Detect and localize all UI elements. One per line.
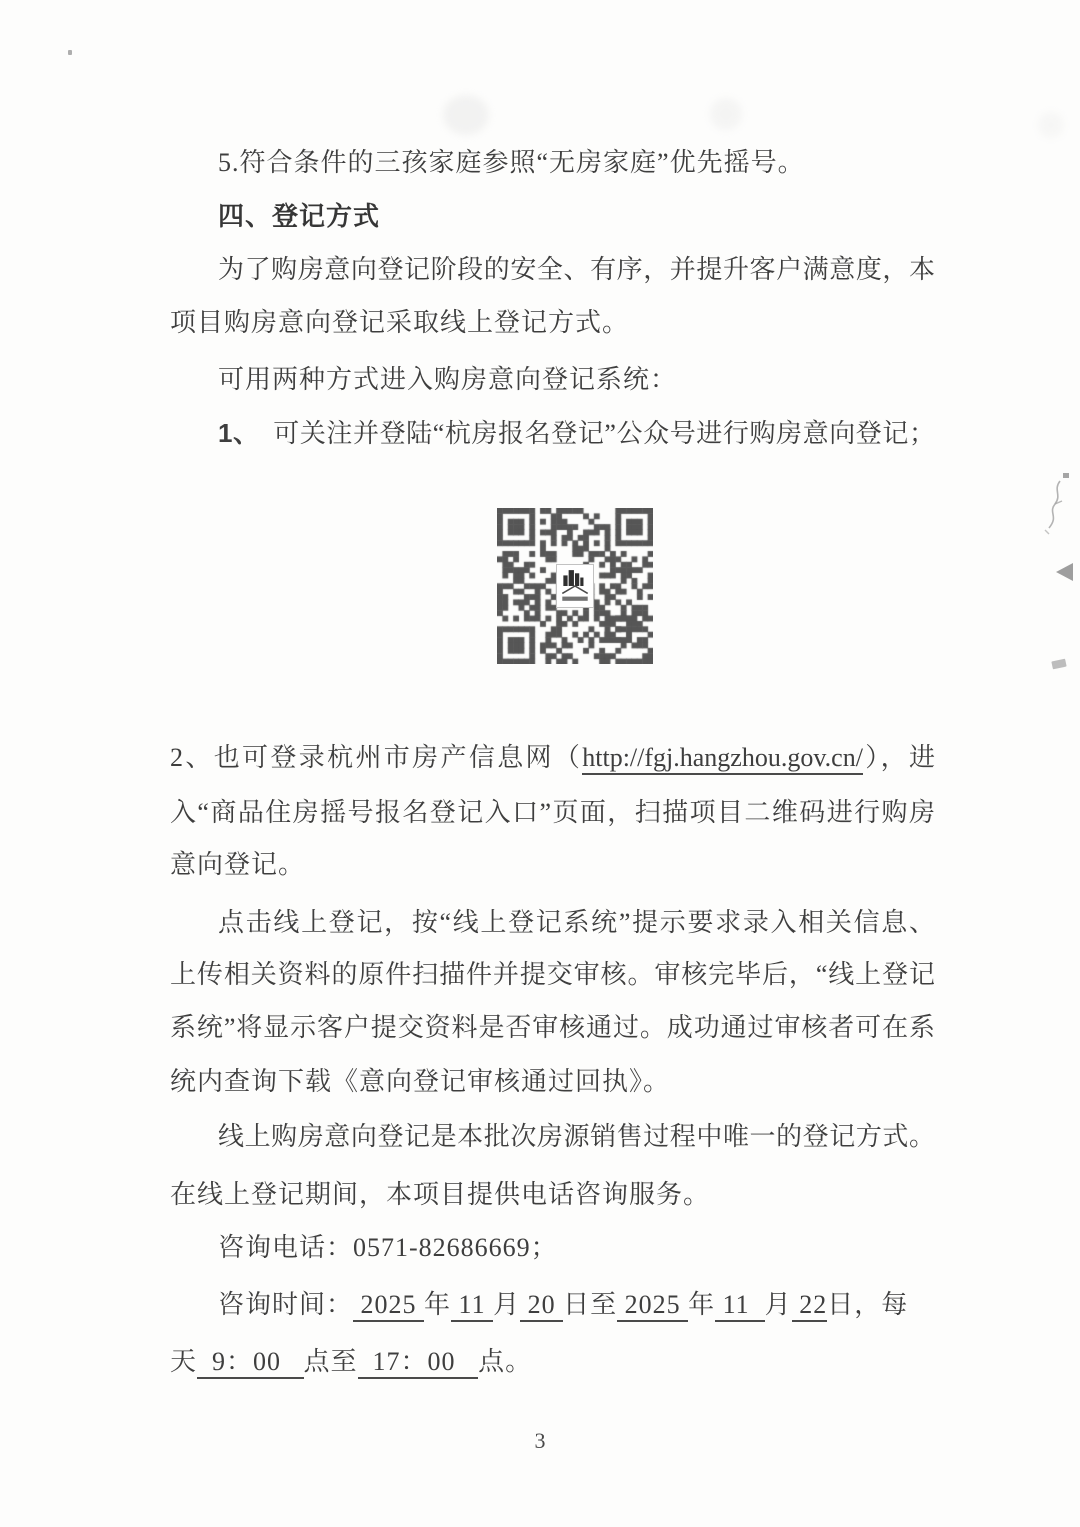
method-2-line-3: 意向登记。 bbox=[170, 845, 935, 889]
text-segment: ），进 bbox=[863, 743, 935, 772]
para-process-line-1: 点击线上登记，按“线上登记系统”提示要求录入相关信息、 bbox=[218, 903, 935, 947]
text-segment: 日，每 bbox=[827, 1290, 908, 1319]
qr-center-logo bbox=[556, 564, 594, 608]
para-methods-intro: 可用两种方式进入购房意向登记系统： bbox=[218, 360, 935, 404]
text-segment: 意向登记。 bbox=[170, 850, 305, 879]
start-month: 11 bbox=[451, 1290, 493, 1322]
building-icon bbox=[560, 568, 590, 604]
text-segment: 项目购房意向登记采取线上登记方式。 bbox=[170, 308, 629, 337]
consult-time-line-2: 天 9：00 点至 17：00 点。 bbox=[170, 1342, 935, 1386]
text-segment: 天 bbox=[170, 1347, 197, 1376]
section-heading-4: 四、登记方式 bbox=[218, 197, 935, 241]
consult-time-line-1: 咨询时间： 2025 年 11 月 20 日至 2025 年 11 月 22日，… bbox=[218, 1285, 935, 1329]
scan-artifact-dot bbox=[68, 50, 72, 55]
daily-start-time: 9：00 bbox=[197, 1347, 304, 1379]
method-1: 1、 可关注并登陆“杭房报名登记”公众号进行购房意向登记； bbox=[218, 413, 935, 457]
consult-phone: 咨询电话：0571-82686669； bbox=[218, 1228, 935, 1272]
para-online-only-line-1: 线上购房意向登记是本批次房源销售过程中唯一的登记方式。 bbox=[218, 1117, 935, 1161]
scan-artifact-smudge bbox=[1038, 112, 1064, 138]
text-segment: 四、登记方式 bbox=[218, 202, 380, 231]
text-segment: 上传相关资料的原件扫描件并提交审核。审核完毕后，“线上登记 bbox=[170, 960, 935, 989]
text-segment: 咨询时间： bbox=[218, 1290, 353, 1319]
method-2-line-1: 2、也可登录杭州市房产信息网（http://fgj.hangzhou.gov.c… bbox=[170, 738, 935, 782]
para-purpose-line-1: 为了购房意向登记阶段的安全、有序，并提升客户满意度，本 bbox=[218, 250, 935, 294]
text-segment: 入“商品住房摇号报名登记入口”页面，扫描项目二维码进行购房 bbox=[170, 798, 935, 827]
text-segment: 在线上登记期间，本项目提供电话咨询服务。 bbox=[170, 1180, 710, 1209]
end-day: 22 bbox=[792, 1290, 828, 1322]
method-1-number: 1、 bbox=[218, 418, 247, 448]
text-segment: 线上购房意向登记是本批次房源销售过程中唯一的登记方式。 bbox=[218, 1122, 935, 1151]
para-process-line-3: 系统”将显示客户提交资料是否审核通过。成功通过审核者可在系 bbox=[170, 1008, 935, 1052]
text-segment: 可用两种方式进入购房意向登记系统： bbox=[218, 365, 677, 394]
text-segment: 日至 bbox=[563, 1290, 617, 1319]
text-segment bbox=[247, 419, 274, 448]
text-segment: 年 bbox=[424, 1290, 451, 1319]
rule-item-5: 5.符合条件的三孩家庭参照“无房家庭”优先摇号。 bbox=[218, 143, 935, 187]
document-page: 5.符合条件的三孩家庭参照“无房家庭”优先摇号。四、登记方式为了购房意向登记阶段… bbox=[0, 0, 1080, 1527]
text-segment: 月 bbox=[493, 1290, 520, 1319]
end-year: 2025 bbox=[617, 1290, 688, 1322]
text-segment: 系统”将显示客户提交资料是否审核通过。成功通过审核者可在系 bbox=[170, 1013, 935, 1042]
method-2-line-2: 入“商品住房摇号报名登记入口”页面，扫描项目二维码进行购房 bbox=[170, 793, 935, 837]
daily-end-time: 17：00 bbox=[358, 1347, 479, 1379]
housing-info-url: http://fgj.hangzhou.gov.cn/ bbox=[582, 743, 863, 775]
text-segment: 可关注并登陆“杭房报名登记”公众号进行购房意向登记； bbox=[273, 419, 935, 448]
text-segment: 2、也可登录杭州市房产信息网（ bbox=[170, 743, 582, 772]
end-month: 11 bbox=[715, 1290, 765, 1322]
start-day: 20 bbox=[520, 1290, 563, 1322]
text-segment: 5.符合条件的三孩家庭参照“无房家庭”优先摇号。 bbox=[218, 148, 805, 177]
para-process-line-4: 统内查询下载《意向登记审核通过回执》。 bbox=[170, 1062, 935, 1106]
text-segment: 点。 bbox=[478, 1347, 532, 1376]
scan-artifact-triangle bbox=[1056, 563, 1073, 581]
scan-artifact-smudge bbox=[443, 95, 489, 135]
para-online-only-line-2: 在线上登记期间，本项目提供电话咨询服务。 bbox=[170, 1175, 935, 1219]
text-segment: 年 bbox=[688, 1290, 715, 1319]
scan-artifact-smudge bbox=[710, 98, 742, 130]
text-segment: 为了购房意向登记阶段的安全、有序，并提升客户满意度，本 bbox=[218, 255, 935, 284]
scan-artifact-squiggle bbox=[1036, 478, 1070, 536]
text-segment: 咨询电话：0571-82686669； bbox=[218, 1233, 558, 1262]
text-segment: 月 bbox=[765, 1290, 792, 1319]
para-purpose-line-2: 项目购房意向登记采取线上登记方式。 bbox=[170, 303, 935, 347]
text-segment: 点至 bbox=[304, 1347, 358, 1376]
page-number: 3 bbox=[0, 1428, 1080, 1454]
start-year: 2025 bbox=[353, 1290, 424, 1322]
scan-artifact-smudge bbox=[1051, 659, 1066, 670]
text-segment: 点击线上登记，按“线上登记系统”提示要求录入相关信息、 bbox=[218, 908, 935, 937]
qr-code-block bbox=[497, 508, 653, 664]
para-process-line-2: 上传相关资料的原件扫描件并提交审核。审核完毕后，“线上登记 bbox=[170, 955, 935, 999]
text-segment: 统内查询下载《意向登记审核通过回执》。 bbox=[170, 1067, 670, 1096]
